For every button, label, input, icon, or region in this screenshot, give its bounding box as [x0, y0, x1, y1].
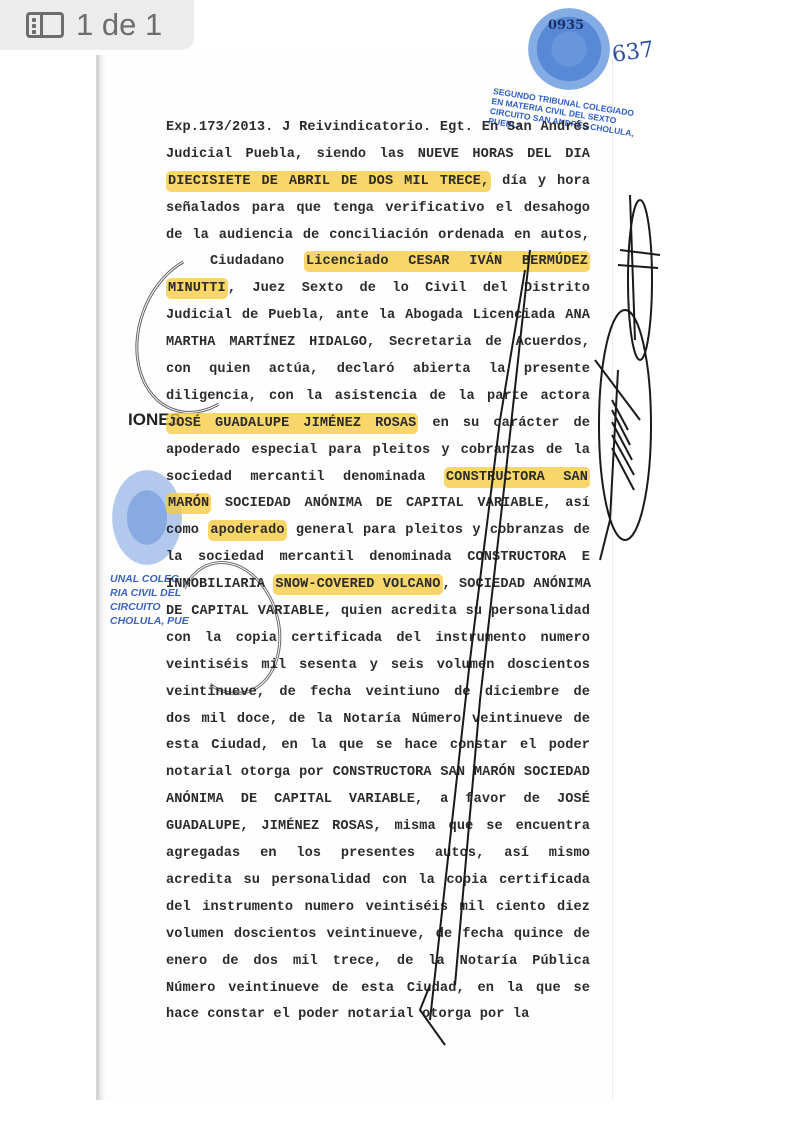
- text-segment: Judicial Puebla, siendo las NUEVE HORAS …: [166, 147, 590, 162]
- text-segment: ANÓNIMA DE CAPITAL VARIABLE, a favor de …: [166, 792, 590, 807]
- highlighted-text: JOSÉ GUADALUPE JIMÉNEZ ROSAS: [166, 413, 418, 434]
- text-segment: veintinueve, de fecha veintiuno de dicie…: [166, 685, 590, 700]
- text-segment: día y hora: [491, 174, 590, 189]
- text-segment: la sociedad mercantil denominada CONSTRU…: [166, 550, 590, 565]
- text-segment: , SOCIEDAD ANÓNIMA: [443, 577, 592, 592]
- document-line: Ciudadano Licenciado CESAR IVÁN BERMÚDEZ: [166, 249, 590, 276]
- text-segment: DE CAPITAL VARIABLE, quien acredita su p…: [166, 604, 590, 619]
- document-line: volumen doscientos veintinueve, de fecha…: [166, 922, 590, 949]
- document-line: la sociedad mercantil denominada CONSTRU…: [166, 545, 590, 572]
- text-segment: general para pleitos y cobranzas de: [287, 523, 590, 538]
- document-line: hace constar el poder notarial otorga po…: [166, 1002, 590, 1029]
- document-line: acredita su personalidad con la copia ce…: [166, 868, 590, 895]
- document-line: con quien actúa, declaró abierta la pres…: [166, 357, 590, 384]
- text-segment: hace constar el poder notarial otorga po…: [166, 1007, 529, 1022]
- document-line: Número veintinueve de esta Ciudad, en la…: [166, 976, 590, 1003]
- document-line: sociedad mercantil denominada CONSTRUCTO…: [166, 465, 590, 492]
- text-segment: MARTHA MARTÍNEZ HIDALGO, Secretaria de A…: [166, 335, 590, 350]
- document-line: como apoderado general para pleitos y co…: [166, 518, 590, 545]
- document-line: DIECISIETE DE ABRIL DE DOS MIL TRECE, dí…: [166, 169, 590, 196]
- document-body-text: Exp.173/2013. J Reivindicatorio. Egt. En…: [166, 115, 590, 1029]
- document-line: ANÓNIMA DE CAPITAL VARIABLE, a favor de …: [166, 787, 590, 814]
- document-line: MARÓN SOCIEDAD ANÓNIMA DE CAPITAL VARIAB…: [166, 491, 590, 518]
- sidebar-icon[interactable]: [26, 12, 64, 38]
- text-segment: , Juez Sexto de lo Civil del Distrito: [228, 281, 590, 296]
- document-line: Judicial de Puebla, ante la Abogada Lice…: [166, 303, 590, 330]
- text-segment: INMOBILIARIA: [166, 577, 273, 592]
- text-segment: apoderado especial para pleitos y cobran…: [166, 443, 590, 458]
- highlighted-text: MINUTTI: [166, 278, 228, 299]
- document-line: veintinueve, de fecha veintiuno de dicie…: [166, 680, 590, 707]
- document-line: señalados para que tenga verificativo el…: [166, 196, 590, 223]
- document-line: esta Ciudad, en la que se hace constar e…: [166, 733, 590, 760]
- document-line: MINUTTI, Juez Sexto de lo Civil del Dist…: [166, 276, 590, 303]
- text-segment: en su carácter de: [418, 416, 590, 431]
- document-line: veintiséis mil sesenta y seis volumen do…: [166, 653, 590, 680]
- highlighted-text: CONSTRUCTORA SAN: [444, 467, 590, 488]
- page-indicator[interactable]: 1 de 1: [0, 0, 194, 50]
- text-segment: veintiséis mil sesenta y seis volumen do…: [166, 658, 590, 673]
- highlighted-text: DIECISIETE DE ABRIL DE DOS MIL TRECE,: [166, 171, 491, 192]
- document-line: MARTHA MARTÍNEZ HIDALGO, Secretaria de A…: [166, 330, 590, 357]
- document-line: dos mil doce, de la Notaría Número veint…: [166, 707, 590, 734]
- document-line: notarial otorga por CONSTRUCTORA SAN MAR…: [166, 760, 590, 787]
- text-segment: agregadas en los presentes autos, así mi…: [166, 846, 590, 861]
- document-line: agregadas en los presentes autos, así mi…: [166, 841, 590, 868]
- handwritten-folio: 637: [610, 37, 655, 68]
- text-segment: Ciudadano: [210, 254, 304, 269]
- document-line: INMOBILIARIA SNOW-COVERED VOLCANO, SOCIE…: [166, 572, 590, 599]
- document-line: apoderado especial para pleitos y cobran…: [166, 438, 590, 465]
- text-segment: como: [166, 523, 208, 538]
- highlighted-text: MARÓN: [166, 493, 211, 514]
- document-line: enero de dos mil trece, de la Notaría Pú…: [166, 949, 590, 976]
- document-line: GUADALUPE, JIMÉNEZ ROSAS, misma que se e…: [166, 814, 590, 841]
- text-segment: Número veintinueve de esta Ciudad, en la…: [166, 981, 590, 996]
- highlighted-text: SNOW-COVERED VOLCANO: [273, 574, 442, 595]
- document-line: del instrumento numero veintiséis mil ci…: [166, 895, 590, 922]
- text-segment: con la copia certificada del instrumento…: [166, 631, 590, 646]
- text-segment: Exp.173/2013. J Reivindicatorio. Egt. En…: [166, 120, 590, 135]
- text-segment: GUADALUPE, JIMÉNEZ ROSAS, misma que se e…: [166, 819, 590, 834]
- text-segment: acredita su personalidad con la copia ce…: [166, 873, 590, 888]
- text-segment: Judicial de Puebla, ante la Abogada Lice…: [166, 308, 590, 323]
- text-segment: señalados para que tenga verificativo el…: [166, 201, 590, 216]
- text-segment: enero de dos mil trece, de la Notaría Pú…: [166, 954, 590, 969]
- text-segment: dos mil doce, de la Notaría Número veint…: [166, 712, 590, 727]
- document-line: de la audiencia de conciliación ordenada…: [166, 223, 590, 250]
- text-segment: SOCIEDAD ANÓNIMA DE CAPITAL VARIABLE, as…: [211, 496, 590, 511]
- document-line: diligencia, con la asistencia de la part…: [166, 384, 590, 411]
- text-segment: volumen doscientos veintinueve, de fecha…: [166, 927, 590, 942]
- document-line: Judicial Puebla, siendo las NUEVE HORAS …: [166, 142, 590, 169]
- text-segment: notarial otorga por CONSTRUCTORA SAN MAR…: [166, 765, 590, 780]
- text-segment: sociedad mercantil denominada: [166, 470, 444, 485]
- text-segment: del instrumento numero veintiséis mil ci…: [166, 900, 590, 915]
- text-segment: diligencia, con la asistencia de la part…: [166, 389, 590, 404]
- text-segment: de la audiencia de conciliación ordenada…: [166, 228, 590, 243]
- document-line: con la copia certificada del instrumento…: [166, 626, 590, 653]
- text-segment: con quien actúa, declaró abierta la pres…: [166, 362, 590, 377]
- highlighted-text: Licenciado CESAR IVÁN BERMÚDEZ: [304, 251, 590, 272]
- highlighted-text: apoderado: [208, 520, 286, 541]
- page-edge: [612, 60, 613, 1100]
- document-line: JOSÉ GUADALUPE JIMÉNEZ ROSAS en su carác…: [166, 411, 590, 438]
- page-count-label: 1 de 1: [76, 7, 162, 43]
- stamp-number: 0935: [548, 18, 584, 33]
- document-line: DE CAPITAL VARIABLE, quien acredita su p…: [166, 599, 590, 626]
- text-segment: esta Ciudad, en la que se hace constar e…: [166, 738, 590, 753]
- document-line: Exp.173/2013. J Reivindicatorio. Egt. En…: [166, 115, 590, 142]
